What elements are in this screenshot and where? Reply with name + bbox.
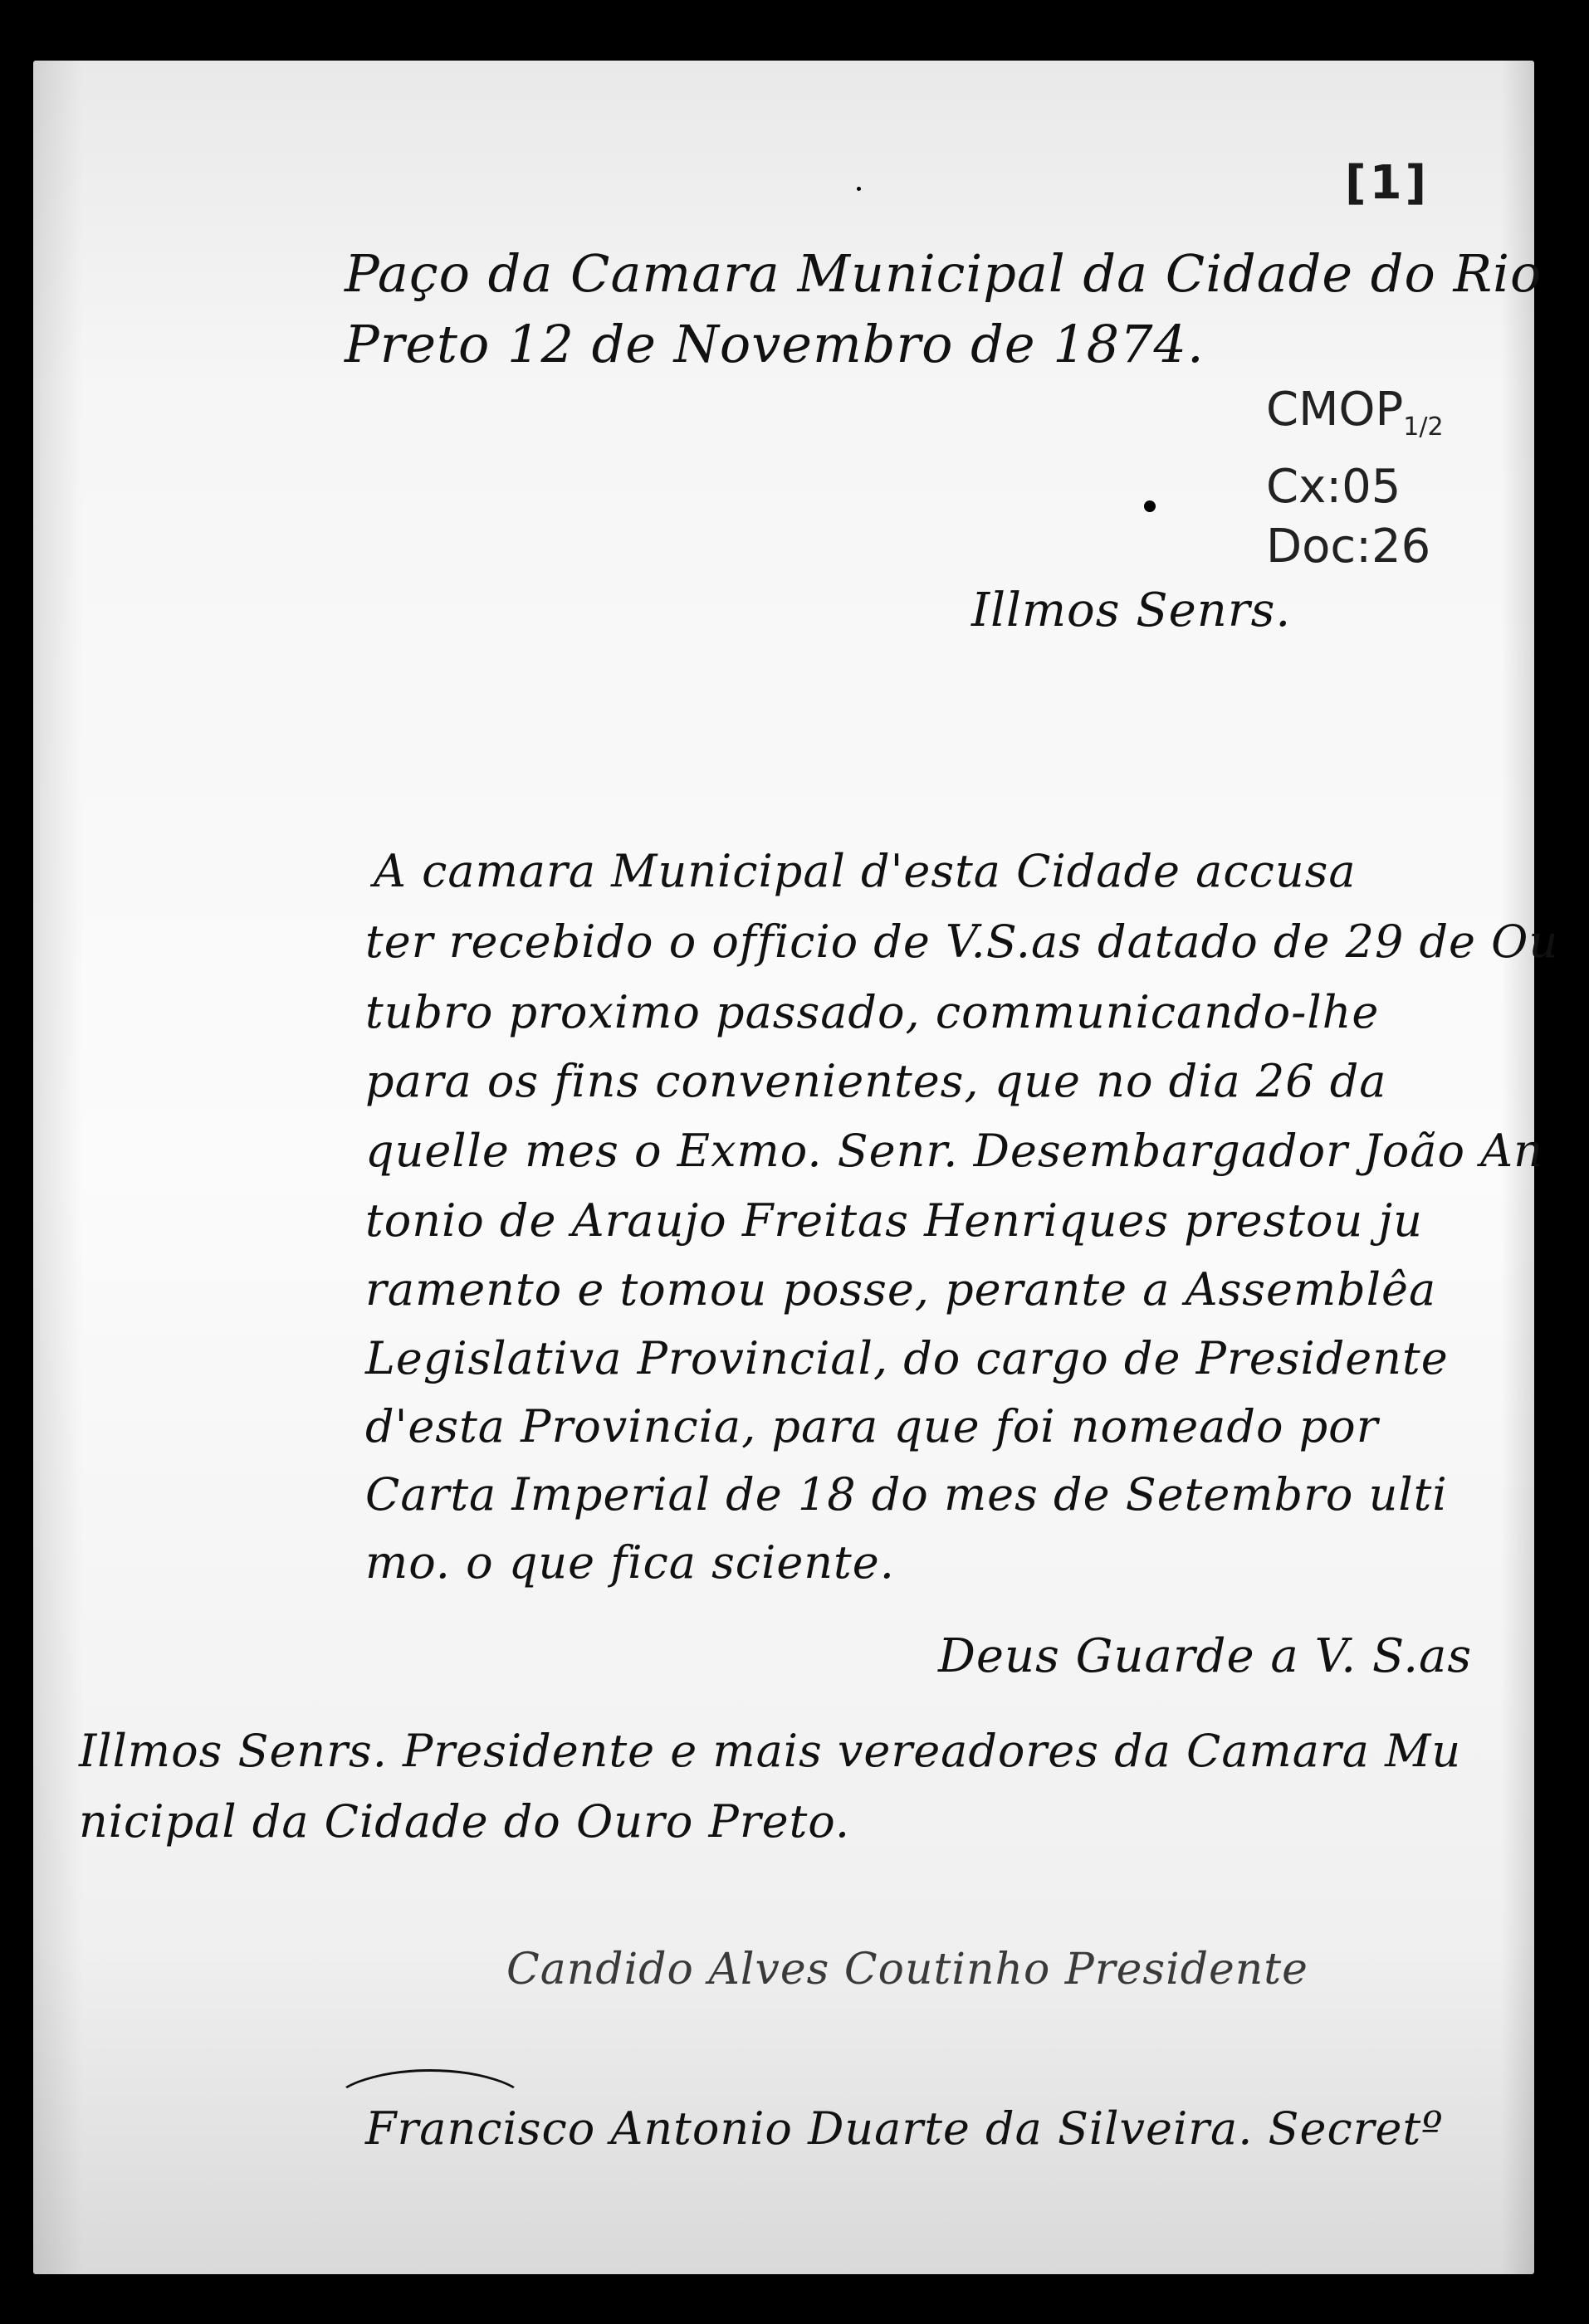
document-page: [1] CMOP1/2 Cx:05 Doc:26 Paço da Camara … (33, 61, 1534, 2274)
body-line: ramento e tomou posse, perante a Assembl… (365, 1263, 1436, 1316)
signature-president: Candido Alves Coutinho Presidente (506, 1945, 1308, 1994)
ink-speck (857, 187, 861, 191)
body-line: Carta Imperial de 18 do mes de Setembro … (365, 1468, 1448, 1521)
body-line: mo. o que fica sciente. (365, 1536, 895, 1589)
body-line: quelle mes o Exmo. Senr. Desembargador J… (365, 1125, 1543, 1177)
addressee-line: nicipal da Cidade do Ouro Preto. (79, 1795, 850, 1848)
page-reference-number: [1] (1345, 156, 1430, 210)
archive-stamp-doc: Doc:26 (1266, 517, 1444, 577)
salutation: Illmos Senrs. (971, 583, 1291, 637)
header-line-1: Paço da Camara Municipal da Cidade do Ri… (345, 243, 1542, 304)
addressee-line: Illmos Senrs. Presidente e mais vereador… (79, 1725, 1461, 1777)
body-line: A camara Municipal d'esta Cidade accusa (374, 845, 1357, 897)
ink-dot (1144, 500, 1156, 512)
body-line: tonio de Araujo Freitas Henriques presto… (365, 1194, 1423, 1247)
header-line-2: Preto 12 de Novembro de 1874. (345, 314, 1205, 374)
archive-stamp: CMOP1/2 Cx:05 Doc:26 (1266, 380, 1444, 577)
signature-secretary: Francisco Antonio Duarte da Silveira. Se… (365, 2102, 1444, 2155)
body-line: d'esta Provincia, para que foi nomeado p… (365, 1400, 1379, 1452)
body-line: Legislativa Provincial, do cargo de Pres… (365, 1332, 1449, 1384)
archive-stamp-box: Cx:05 (1266, 457, 1444, 517)
archive-stamp-collection: CMOP1/2 (1266, 380, 1444, 457)
body-line: para os fins convenientes, que no dia 26… (365, 1055, 1386, 1107)
body-line: ter recebido o officio de V.S.as datado … (365, 915, 1558, 968)
closing-formula: Deus Guarde a V. S.as (938, 1629, 1472, 1683)
body-line: tubro proximo passado, communicando-lhe (365, 986, 1379, 1038)
